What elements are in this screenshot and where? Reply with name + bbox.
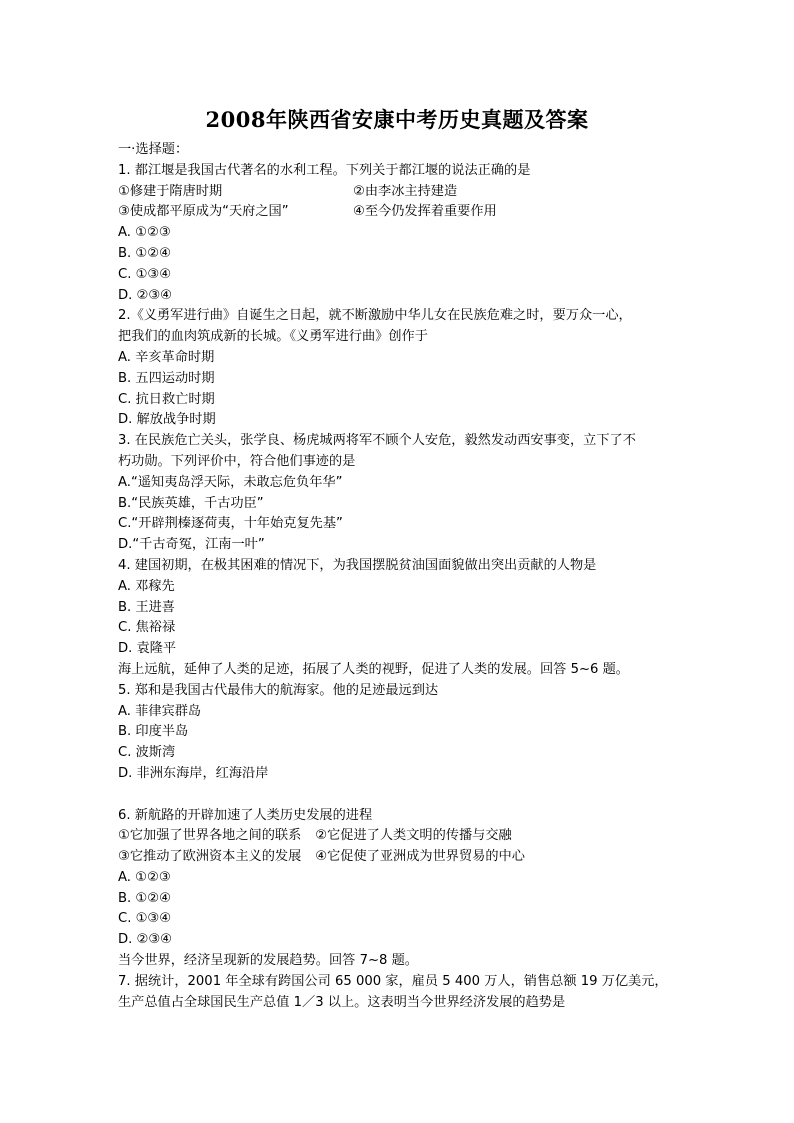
question-4-stem: 4. 建国初期，在极其困难的情况下，为我国摆脱贫油国面貌做出突出贡献的人物是 [118, 556, 688, 577]
question-1-option-d: D. ②③④ [118, 286, 688, 307]
question-6-statements-row-2: ③它推动了欧洲资本主义的发展 ④它促使了亚洲成为世界贸易的中心 [118, 847, 688, 868]
section-heading: 一·选择题： [118, 140, 688, 161]
questions-7-8-intro: 当今世界，经济呈现新的发展趋势。回答 7~8 题。 [118, 951, 688, 972]
question-5-stem: 5. 郑和是我国古代最伟大的航海家。他的足迹最远到达 [118, 681, 688, 702]
questions-5-6-intro: 海上远航，延伸了人类的足迹，拓展了人类的视野，促进了人类的发展。回答 5~6 题… [118, 660, 688, 681]
question-7-stem-line-2: 生产总值占全球国民生产总值 1／3 以上。这表明当今世界经济发展的趋势是 [118, 993, 688, 1014]
question-1-stem: 1. 都江堰是我国古代著名的水利工程。下列关于都江堰的说法正确的是 [118, 161, 688, 182]
question-1-option-b: B. ①②④ [118, 244, 688, 265]
question-6-option-d: D. ②③④ [118, 930, 688, 951]
document-body: 一·选择题： 1. 都江堰是我国古代著名的水利工程。下列关于都江堰的说法正确的是… [118, 140, 688, 1013]
question-5-option-d: D. 非洲东海岸，红海沿岸 [118, 764, 688, 785]
question-2-option-c: C. 抗日救亡时期 [118, 390, 688, 411]
question-4-option-c: C. 焦裕禄 [118, 618, 688, 639]
question-5-option-b: B. 印度半岛 [118, 722, 688, 743]
question-3-option-b: B.“民族英雄，千古功臣” [118, 494, 688, 515]
statement: ④至今仍发挥着重要作用 [353, 202, 497, 223]
question-2-stem-line-2: 把我们的血肉筑成新的长城。《义勇军进行曲》创作于 [118, 327, 688, 348]
question-6-statements-row-1: ①它加强了世界各地之间的联系 ②它促进了人类文明的传播与交融 [118, 826, 688, 847]
statement: ①它加强了世界各地之间的联系 [118, 826, 301, 847]
statement: ②由李冰主持建造 [353, 182, 457, 203]
question-2-option-b: B. 五四运动时期 [118, 369, 688, 390]
document-title: 2008年陕西省安康中考历史真题及答案 [0, 104, 794, 134]
statement: ②它促进了人类文明的传播与交融 [315, 826, 511, 847]
question-6-option-a: A. ①②③ [118, 868, 688, 889]
question-3-option-d: D.“千古奇冤，江南一叶” [118, 535, 688, 556]
question-3-stem-line-2: 朽功勋。下列评价中，符合他们事迹的是 [118, 452, 688, 473]
statement: ③使成都平原成为“天府之国” [118, 202, 353, 223]
statement: ③它推动了欧洲资本主义的发展 [118, 847, 301, 868]
question-3-option-a: A.“遥知夷岛浮天际，未敢忘危负年华” [118, 473, 688, 494]
statement: ④它促使了亚洲成为世界贸易的中心 [315, 847, 525, 868]
question-2-option-a: A. 辛亥革命时期 [118, 348, 688, 369]
question-7-stem-line-1: 7. 据统计，2001 年全球有跨国公司 65 000 家，雇员 5 400 万… [118, 972, 688, 993]
question-4-option-b: B. 王进喜 [118, 598, 688, 619]
document-page: 2008年陕西省安康中考历史真题及答案 一·选择题： 1. 都江堰是我国古代著名… [0, 0, 794, 1123]
statement: ①修建于隋唐时期 [118, 182, 353, 203]
question-1-statements-row-2: ③使成都平原成为“天府之国” ④至今仍发挥着重要作用 [118, 202, 688, 223]
question-6-option-c: C. ①③④ [118, 909, 688, 930]
blank-line [118, 785, 688, 806]
question-6-option-b: B. ①②④ [118, 889, 688, 910]
question-5-option-a: A. 菲律宾群岛 [118, 702, 688, 723]
question-5-option-c: C. 波斯湾 [118, 743, 688, 764]
question-4-option-d: D. 袁隆平 [118, 639, 688, 660]
question-3-stem-line-1: 3. 在民族危亡关头，张学良、杨虎城两将军不顾个人安危，毅然发动西安事变，立下了… [118, 431, 688, 452]
question-1-statements-row-1: ①修建于隋唐时期 ②由李冰主持建造 [118, 182, 688, 203]
question-3-option-c: C.“开辟荆榛逐荷夷，十年始克复先基” [118, 514, 688, 535]
question-2-stem-line-1: 2.《义勇军进行曲》自诞生之日起，就不断激励中华儿女在民族危难之时，要万众一心， [118, 306, 688, 327]
question-4-option-a: A. 邓稼先 [118, 577, 688, 598]
question-6-stem: 6. 新航路的开辟加速了人类历史发展的进程 [118, 806, 688, 827]
question-2-option-d: D. 解放战争时期 [118, 410, 688, 431]
question-1-option-a: A. ①②③ [118, 223, 688, 244]
question-1-option-c: C. ①③④ [118, 265, 688, 286]
